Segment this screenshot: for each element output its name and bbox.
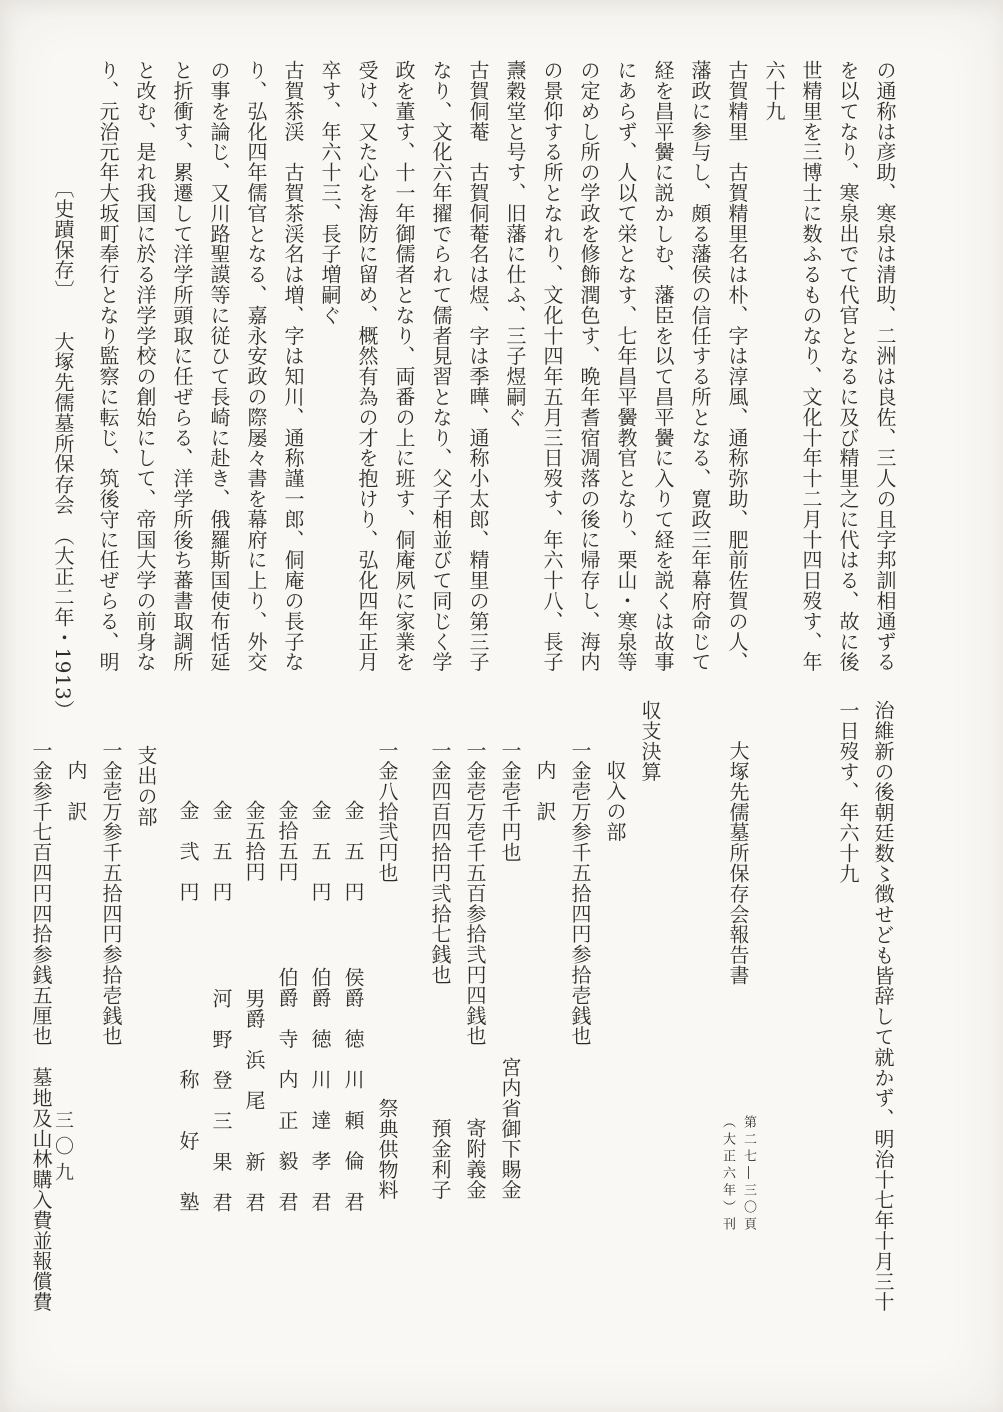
bio-column-koga-seiri-header: 古賀精里 古賀精里名は朴、字は淳風、通称弥助、肥前佐賀の人、 — [718, 60, 755, 700]
bio-column: なり、文化六年擢でられて儒者見習となり、父子相並びて同じく学 — [422, 60, 459, 700]
bio-column: の定めし所の学政を修飾潤色す、晩年耆宿凋落の後に帰存し、海内 — [570, 60, 607, 700]
entry-header: 〔史蹟保存〕 大塚先儒墓所保存会 （大正二年・1913） — [44, 60, 81, 700]
donor-item: 金 弐 円称 好 塾 — [171, 700, 204, 1212]
donor-amount: 金五拾円 — [237, 800, 270, 882]
bio-column: にあらず、人以て栄となす、七年昌平黌教官となり、栗山・寒泉等 — [607, 60, 644, 700]
expense-amount: 一金参千七百四円四拾参銭五厘也 — [23, 740, 58, 1046]
income-item: 一金八拾弐円也祭典供物料 — [369, 700, 404, 1200]
scanned-page: の通称は彦助、寒泉は清助、二洲は良佐、三人の且字邦訓相通ずる を以てなり、寒泉出… — [0, 0, 1003, 1412]
biography-section: の通称は彦助、寒泉は清助、二洲は良佐、三人の且字邦訓相通ずる を以てなり、寒泉出… — [44, 60, 903, 700]
income-breakdown-label: 内 訳 — [527, 700, 562, 1325]
bio-column: と折衝す、累遷して洋学所頭取に任ぜらる、洋学所後ち蕃書取調所 — [163, 60, 200, 700]
donor-item: 金五拾円男爵 浜 尾 新 君 — [237, 700, 270, 1212]
donor-amount: 金 五 円 — [336, 800, 369, 902]
report-title: 大塚先儒墓所保存会報告書 — [726, 741, 750, 986]
bio-column: 世精里を三博士に数ふるものなり、文化十年十二月十四日歿す、年 — [792, 60, 829, 700]
donor-name: 侯爵 徳 川 頼 倫 君 — [336, 967, 369, 1212]
income-label: 預金利子 — [422, 1118, 457, 1200]
donor-item: 金 五 円侯爵 徳 川 頼 倫 君 — [336, 700, 369, 1212]
bio-column-koga-doan-header: 古賀侗菴 古賀侗菴名は煜、字は季曄、通称小太郎、精里の第三子 — [459, 60, 496, 700]
donor-name: 男爵 浜 尾 新 君 — [237, 988, 270, 1212]
report-ref-publication: （大正六年）刊 — [720, 1115, 735, 1234]
donor-item: 金 五 円河 野 登 三 果 君 — [204, 700, 237, 1212]
income-label: 寄附義金 — [457, 1118, 492, 1200]
donor-name: 河 野 登 三 果 君 — [204, 988, 237, 1212]
bio-continuation-column: 治維新の後朝廷数〻徴せども皆辞して就かず、明治十七年十月三十 — [865, 700, 900, 1325]
income-label: 宮内省御下賜金 — [492, 1057, 527, 1200]
bio-column: の事を論じ、又川路聖謨等に従ひて長崎に赴き、俄羅斯国使布恬延 — [200, 60, 237, 700]
donor-name: 伯爵 徳 川 達 孝 君 — [303, 967, 336, 1212]
bio-column: 燾穀堂と号す、旧藩に仕ふ、三子煜嗣ぐ — [496, 60, 533, 700]
income-label: 祭典供物料 — [369, 1098, 404, 1200]
page-number: 三〇九 — [50, 1110, 77, 1188]
expense-label: 墓地及山林購入費並報償費 — [23, 1067, 58, 1312]
income-item: 一金壱千円也宮内省御下賜金 — [492, 700, 527, 1200]
bio-column: 卒す、年六十三、長子増嗣ぐ — [311, 60, 348, 700]
report-title-column: 大塚先儒墓所保存会報告書第二七―三〇頁（大正六年）刊 — [685, 700, 790, 1325]
income-total: 一金壱万参千五拾四円参拾壱銭也 — [562, 700, 597, 1325]
bio-column: 藩政に参与し、頗る藩侯の信任する所となる、寛政三年幕府命じて — [681, 60, 718, 700]
income-amount: 一金四百四拾円弐拾七銭也 — [422, 740, 457, 985]
donor-name: 伯爵 寺 内 正 毅 君 — [270, 967, 303, 1212]
ledger-section: 治維新の後朝廷数〻徴せども皆辞して就かず、明治十七年十月三十 一日歿す、年六十九… — [23, 700, 900, 1325]
bio-column: を以てなり、寒泉出でて代官となるに及び精里之に代はる、故に後 — [829, 60, 866, 700]
bio-column: 政を董す、十一年御儒者となり、両番の上に班す、侗庵夙に家業を — [385, 60, 422, 700]
bio-column: り、元治元年大坂町奉行となり監察に転じ、筑後守に任ぜらる、明 — [89, 60, 126, 700]
bio-column: の通称は彦助、寒泉は清助、二洲は良佐、三人の且字邦訓相通ずる — [866, 60, 903, 700]
income-amount: 一金壱万壱千五百参拾弐円四銭也 — [457, 740, 492, 1046]
income-section-header: 収入の部 — [597, 700, 632, 1325]
balance-title: 収支決算 — [632, 700, 667, 1325]
bio-column: 六十九 — [755, 60, 792, 700]
donor-name: 称 好 塾 — [171, 1069, 204, 1212]
donor-amount: 金 五 円 — [303, 800, 336, 902]
expense-section-header: 支出の部 — [128, 700, 163, 1325]
income-amount: 一金壱千円也 — [492, 740, 527, 862]
report-reference: 第二七―三〇頁（大正六年）刊 — [723, 1115, 753, 1273]
donor-amount: 金拾五円 — [270, 800, 303, 882]
donor-item: 金拾五円伯爵 寺 内 正 毅 君 — [270, 700, 303, 1212]
expense-total: 一金壱万参千五拾四円参拾壱銭也 — [93, 700, 128, 1325]
expense-item: 一金参千七百四円四拾参銭五厘也墓地及山林購入費並報償費 — [23, 700, 58, 1312]
bio-column-koga-sakei-header: 古賀茶渓 古賀茶渓名は増、字は知川、通称謹一郎、侗庵の長子な — [274, 60, 311, 700]
donor-item: 金 五 円伯爵 徳 川 達 孝 君 — [303, 700, 336, 1212]
bio-column: 受け、又た心を海防に留め、概然有為の才を抱けり、弘化四年正月 — [348, 60, 385, 700]
report-ref-pages: 第二七―三〇頁 — [741, 1115, 756, 1234]
bio-column: り、弘化四年儒官となる、嘉永安政の際屡々書を幕府に上り、外交 — [237, 60, 274, 700]
donor-amount: 金 弐 円 — [171, 800, 204, 902]
expense-breakdown-label: 内 訳 — [58, 700, 93, 1325]
bio-column: と改む、是れ我国に於る洋学学校の創始にして、帝国大学の前身な — [126, 60, 163, 700]
income-item: 一金四百四拾円弐拾七銭也預金利子 — [422, 700, 457, 1200]
bio-column: の景仰する所となれり、文化十四年五月三日歿す、年六十八、長子 — [533, 60, 570, 700]
bio-continuation-column: 一日歿す、年六十九 — [830, 700, 865, 1325]
income-amount: 一金八拾弐円也 — [369, 740, 404, 883]
donor-amount: 金 五 円 — [204, 800, 237, 902]
bio-column: 経を昌平黌に説かしむ、藩臣を以て昌平黌に入りて経を説くは故事 — [644, 60, 681, 700]
income-item: 一金壱万壱千五百参拾弐円四銭也寄附義金 — [457, 700, 492, 1200]
